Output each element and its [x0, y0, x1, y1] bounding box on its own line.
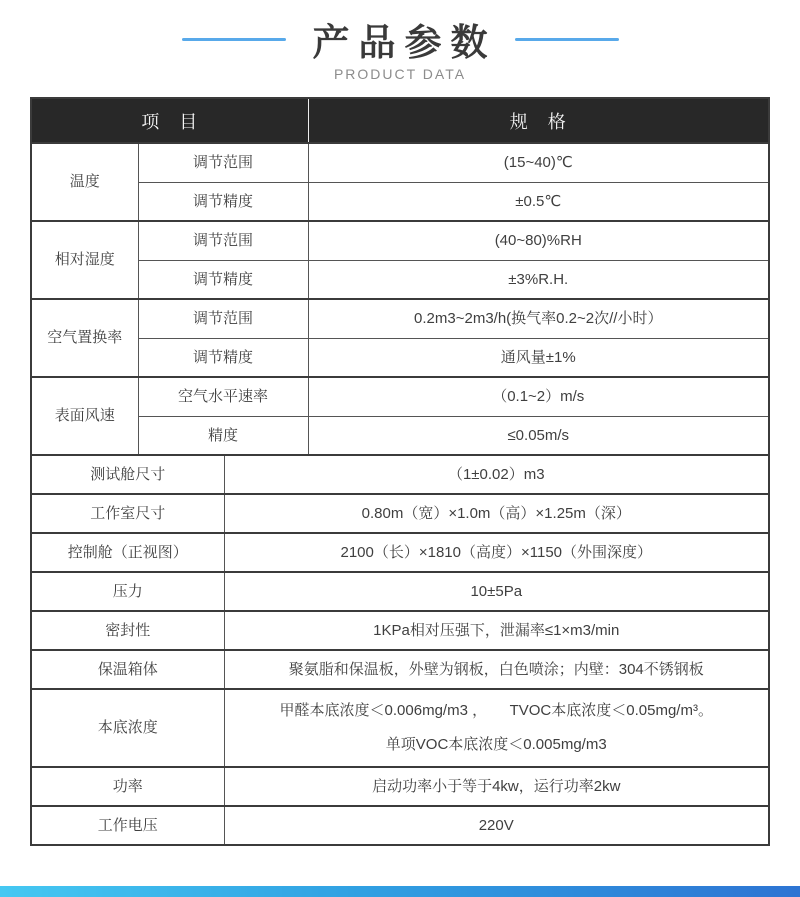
- row-label-power: 功率: [31, 767, 224, 806]
- table-row: 控制舱（正视图） 2100（长）×1810（高度）×1150（外围深度）: [31, 533, 769, 572]
- footer-gradient-bar: [0, 886, 800, 897]
- param-cell: 调节精度: [138, 182, 308, 221]
- value-cell: (15~40)℃: [308, 143, 769, 182]
- param-cell: 调节精度: [138, 260, 308, 299]
- title-row: 产品参数: [0, 13, 800, 65]
- value-cell: 通风量±1%: [308, 338, 769, 377]
- group-label-temperature: 温度: [31, 143, 138, 221]
- table-row: 工作电压 220V: [31, 806, 769, 845]
- value-cell: ≤0.05m/s: [308, 416, 769, 455]
- group-label-surface-wind: 表面风速: [31, 377, 138, 455]
- row-label-background-concentration: 本底浓度: [31, 689, 224, 767]
- value-cell: ±3%R.H.: [308, 260, 769, 299]
- table-row: 保温箱体 聚氨脂和保温板，外壁为钢板，白色喷涂；内壁：304不锈钢板: [31, 650, 769, 689]
- header-cell-spec: 规 格: [308, 98, 769, 143]
- value-cell: 启动功率小于等于4kw，运行功率2kw: [224, 767, 769, 806]
- group-label-air-exchange: 空气置换率: [31, 299, 138, 377]
- value-line-2: 单项VOC本底浓度＜0.005mg/m3: [231, 728, 763, 762]
- page-title: 产品参数: [304, 12, 497, 66]
- param-cell: 调节范围: [138, 143, 308, 182]
- value-line-1: 甲醛本底浓度＜0.006mg/m3 ， TVOC本底浓度＜0.05mg/m³。: [231, 694, 763, 728]
- table-row: 相对湿度 调节范围 (40~80)%RH: [31, 221, 769, 260]
- param-cell: 空气水平速率: [138, 377, 308, 416]
- param-cell: 调节范围: [138, 299, 308, 338]
- row-label-sealing: 密封性: [31, 611, 224, 650]
- table-row: 调节精度 ±0.5℃: [31, 182, 769, 221]
- value-cell: （0.1~2）m/s: [308, 377, 769, 416]
- table-header-row: 项 目 规 格: [31, 98, 769, 143]
- spec-table: 项 目 规 格 温度 调节范围 (15~40)℃ 调节精度 ±0.5℃ 相对湿度…: [30, 97, 770, 846]
- row-label-chamber-size: 测试舱尺寸: [31, 455, 224, 494]
- value-cell: 2100（长）×1810（高度）×1150（外围深度）: [224, 533, 769, 572]
- title-block: 产品参数 PRODUCT DATA: [0, 13, 800, 82]
- table-row: 功率 启动功率小于等于4kw，运行功率2kw: [31, 767, 769, 806]
- value-cell-background-concentration: 甲醛本底浓度＜0.006mg/m3 ， TVOC本底浓度＜0.05mg/m³。 …: [224, 689, 769, 767]
- table-row: 表面风速 空气水平速率 （0.1~2）m/s: [31, 377, 769, 416]
- row-label-insulated-box: 保温箱体: [31, 650, 224, 689]
- table-row: 温度 调节范围 (15~40)℃: [31, 143, 769, 182]
- title-accent-line-left: [182, 38, 286, 41]
- value-cell: 0.2m3~2m3/h(换气率0.2~2次//小时）: [308, 299, 769, 338]
- table-row: 调节精度 通风量±1%: [31, 338, 769, 377]
- value-cell: （1±0.02）m3: [224, 455, 769, 494]
- header-cell-item: 项 目: [31, 98, 308, 143]
- param-cell: 调节精度: [138, 338, 308, 377]
- table-row: 空气置换率 调节范围 0.2m3~2m3/h(换气率0.2~2次//小时）: [31, 299, 769, 338]
- page-subtitle: PRODUCT DATA: [0, 66, 800, 82]
- value-cell: 220V: [224, 806, 769, 845]
- table-row: 调节精度 ±3%R.H.: [31, 260, 769, 299]
- table-row: 测试舱尺寸 （1±0.02）m3: [31, 455, 769, 494]
- value-cell: 1KPa相对压强下，泄漏率≤1×m3/min: [224, 611, 769, 650]
- param-cell: 调节范围: [138, 221, 308, 260]
- value-cell: 聚氨脂和保温板，外壁为钢板，白色喷涂；内壁：304不锈钢板: [224, 650, 769, 689]
- table-row: 精度 ≤0.05m/s: [31, 416, 769, 455]
- row-label-control-cabin: 控制舱（正视图）: [31, 533, 224, 572]
- value-cell: 10±5Pa: [224, 572, 769, 611]
- table-row: 工作室尺寸 0.80m（宽）×1.0m（高）×1.25m（深）: [31, 494, 769, 533]
- table-row: 本底浓度 甲醛本底浓度＜0.006mg/m3 ， TVOC本底浓度＜0.05mg…: [31, 689, 769, 767]
- row-label-pressure: 压力: [31, 572, 224, 611]
- param-cell: 精度: [138, 416, 308, 455]
- value-cell: ±0.5℃: [308, 182, 769, 221]
- table-row: 压力 10±5Pa: [31, 572, 769, 611]
- title-accent-line-right: [515, 38, 619, 41]
- row-label-working-voltage: 工作电压: [31, 806, 224, 845]
- table-row: 密封性 1KPa相对压强下，泄漏率≤1×m3/min: [31, 611, 769, 650]
- value-cell: (40~80)%RH: [308, 221, 769, 260]
- value-cell: 0.80m（宽）×1.0m（高）×1.25m（深）: [224, 494, 769, 533]
- group-label-humidity: 相对湿度: [31, 221, 138, 299]
- row-label-workroom-size: 工作室尺寸: [31, 494, 224, 533]
